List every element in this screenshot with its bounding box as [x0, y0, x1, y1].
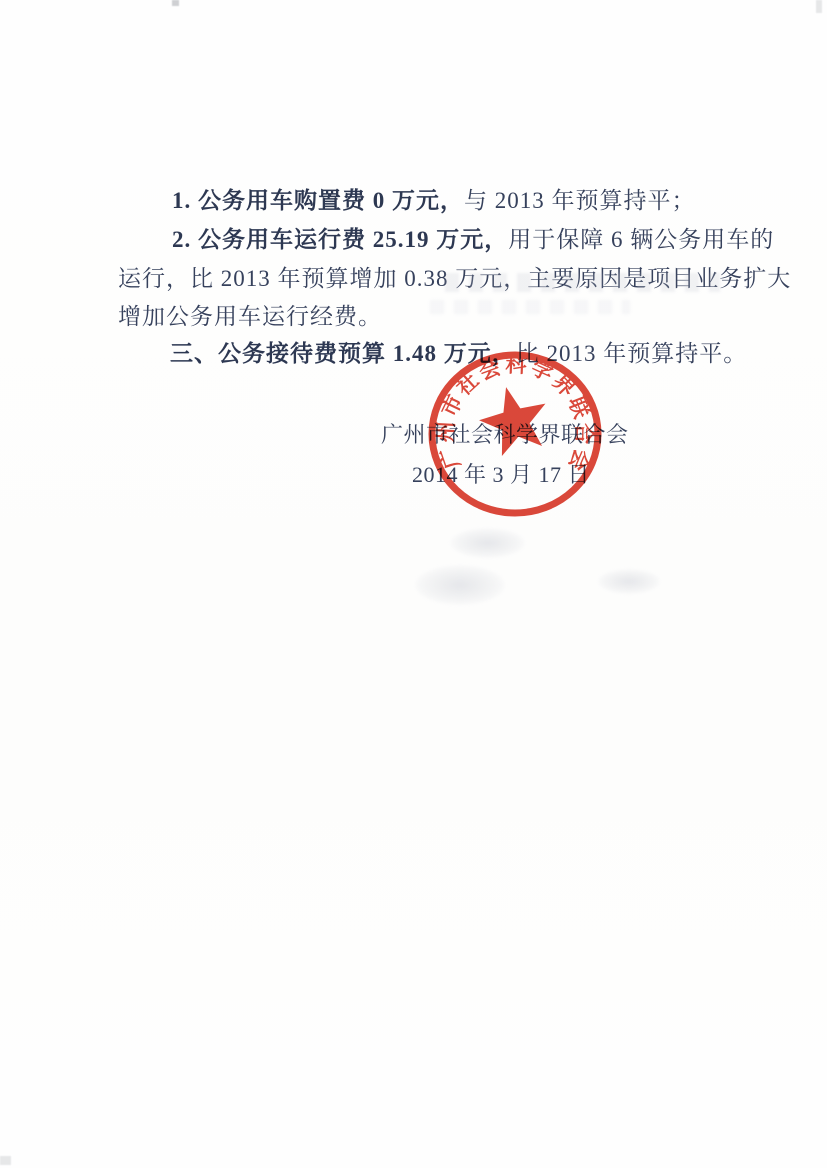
- bleedthrough-smudge: [598, 569, 660, 594]
- seal-star-icon: [473, 379, 555, 459]
- scan-speck: [0, 1156, 11, 1165]
- bleedthrough-text-row: [430, 300, 630, 314]
- bleedthrough-smudge: [450, 528, 525, 558]
- scan-speck: [816, 0, 822, 13]
- bleedthrough-text-row: [445, 273, 720, 292]
- scan-speck: [172, 0, 179, 6]
- official-seal-stamp: 广州市社会科学界联合会: [425, 349, 605, 519]
- scanned-document-page: 1. 公务用车购置费 0 万元，与 2013 年预算持平； 2. 公务用车运行费…: [0, 0, 827, 1168]
- bleedthrough-smudge: [415, 565, 505, 605]
